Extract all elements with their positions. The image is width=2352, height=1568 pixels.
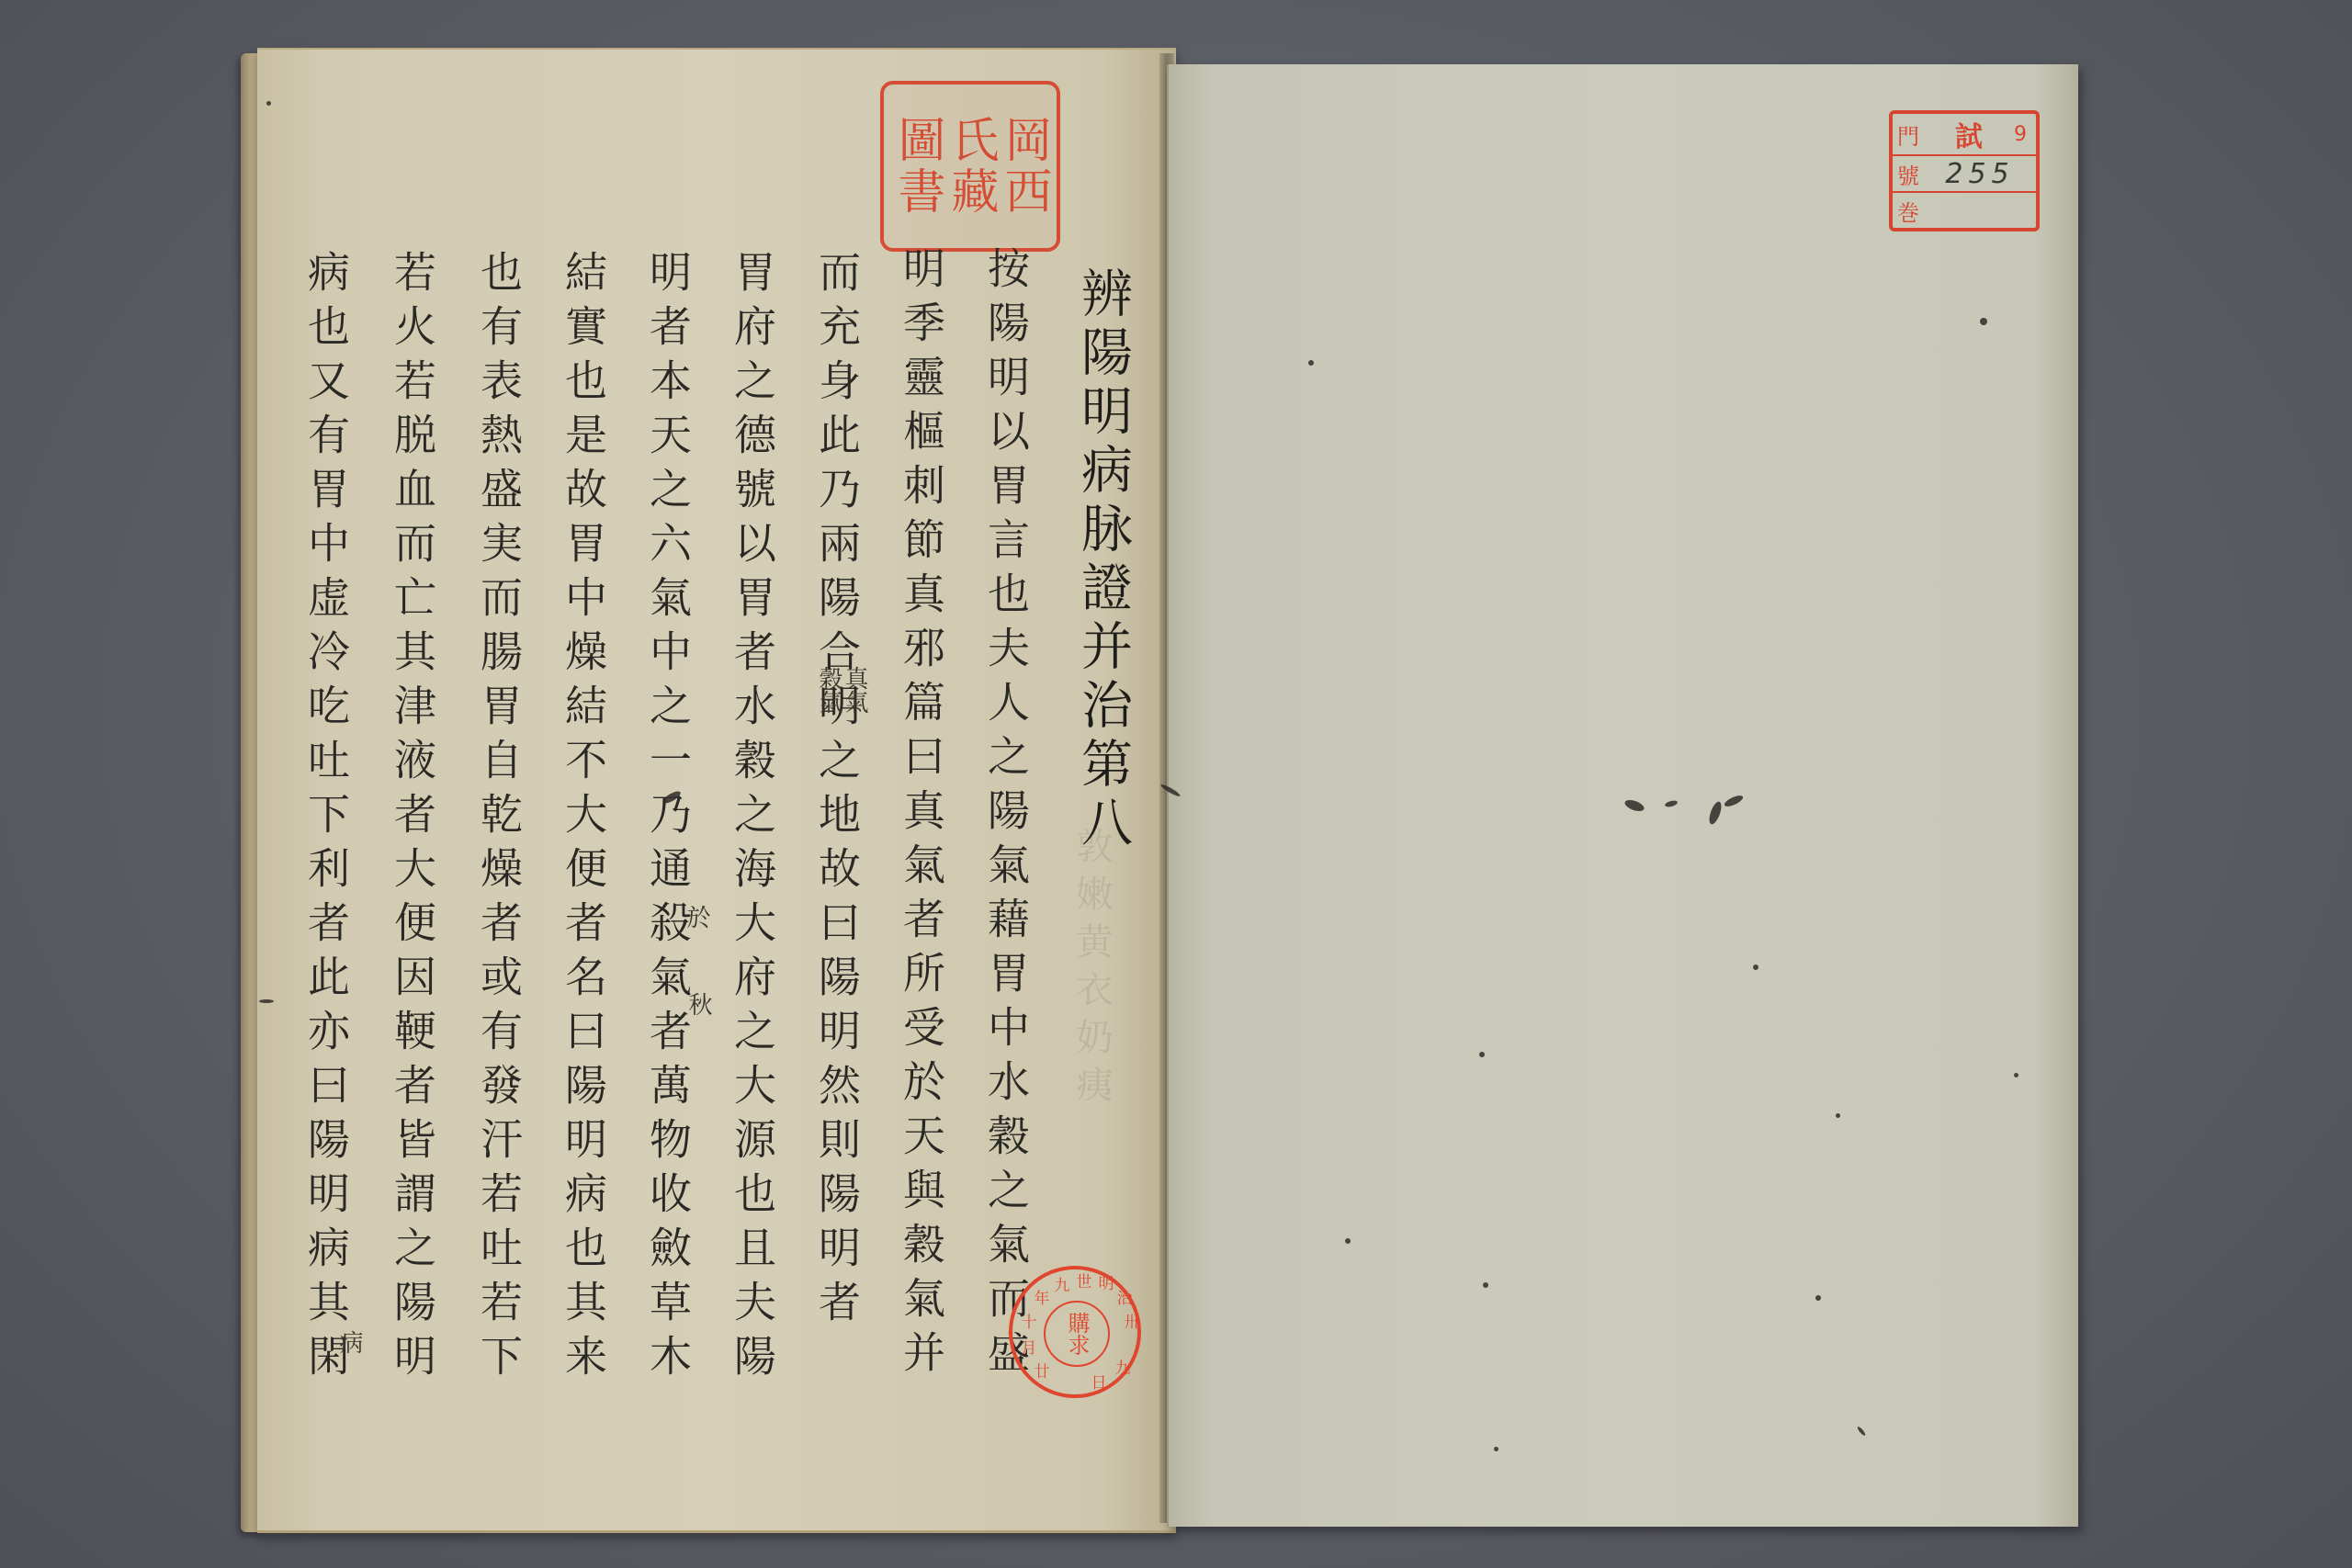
ink-dot xyxy=(1483,1282,1488,1288)
interlinear-note: 穀氣 xyxy=(812,666,846,714)
ink-mark xyxy=(259,999,274,1003)
text-column-3: 而充身此乃兩陽合明之地故曰陽明然則陽明者 xyxy=(816,250,858,1334)
text-column-2: 明季靈樞刺節真邪篇曰真氣者所受於天與穀氣并 xyxy=(900,246,943,1384)
ink-dot xyxy=(2014,1073,2018,1077)
ink-dot xyxy=(1980,318,1987,325)
right-page xyxy=(1167,64,2078,1527)
label-number: 9 xyxy=(2014,123,2027,146)
label-key: 門 xyxy=(1893,118,1924,151)
text-column-5: 明者本天之六氣中之一乃通殺氣者萬物收斂草木 xyxy=(647,250,689,1388)
ink-dot xyxy=(1308,360,1314,366)
interlinear-note: 病 xyxy=(333,1330,367,1354)
seal-center-text: 購求 xyxy=(1044,1301,1110,1367)
acquisition-seal: 明 治 卅 世 九 年 十 月 廿 九 日 購求 xyxy=(1009,1266,1141,1398)
text-column-9: 病也又有胃中虚冷吃吐下利者此亦曰陽明病其閑 xyxy=(305,250,347,1388)
label-handwritten-number: 255 xyxy=(1924,158,2036,190)
collector-seal: 圖書 氏藏 岡西 xyxy=(880,81,1060,252)
ink-dot xyxy=(1494,1447,1498,1451)
text-column-7: 也有表熱盛実而腸胃自乾燥者或有發汗若吐若下 xyxy=(478,250,520,1388)
seal-column: 岡西 xyxy=(998,92,1049,241)
label-row-number: 號 255 xyxy=(1893,156,2036,193)
ink-dot xyxy=(1479,1052,1485,1057)
ink-dot xyxy=(1753,964,1758,970)
interlinear-note: 於 xyxy=(680,905,714,929)
ink-dot xyxy=(266,101,271,106)
label-key: 巻 xyxy=(1893,195,1924,227)
seal-column: 氏藏 xyxy=(944,92,996,241)
label-row-volume: 巻 xyxy=(1893,193,2036,228)
ink-dot xyxy=(1836,1113,1840,1118)
ink-dot xyxy=(1815,1295,1821,1301)
bleed-through-text: 敦嫩黄衣奶痍 xyxy=(1066,827,1118,1113)
text-column-8: 若火若脱血而亡其津液者大便因鞕者皆謂之陽明 xyxy=(391,250,434,1388)
label-stamp-value: 試 xyxy=(1924,114,2014,154)
seal-column: 圖書 xyxy=(891,92,943,241)
library-label-stamp: 門 試 9 號 255 巻 xyxy=(1889,110,2040,231)
label-row-category: 門 試 9 xyxy=(1893,114,2036,156)
label-key: 號 xyxy=(1893,158,1924,190)
text-column-4: 胃府之德號以胃者水穀之海大府之大源也且夫陽 xyxy=(731,250,774,1388)
text-column-1: 按陽明以胃言也夫人之陽氣藉胃中水穀之氣而盛 xyxy=(985,246,1027,1384)
interlinear-note: 秋 xyxy=(682,992,716,1016)
ink-dot xyxy=(1345,1238,1351,1244)
chapter-title: 辨陽明病脉證并治第八 xyxy=(1077,266,1128,854)
text-column-6: 結實也是故胃中燥結不大便者名曰陽明病也其来 xyxy=(562,250,605,1388)
